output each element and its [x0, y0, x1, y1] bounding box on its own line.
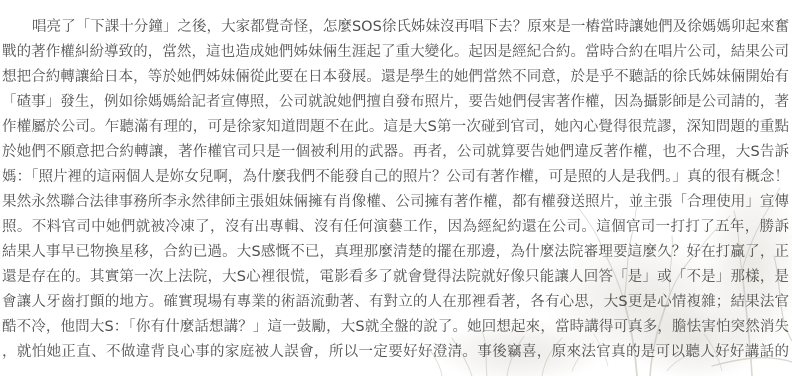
article-line: 唱亮了「下課十分鐘」之後，大家都覺奇怪，怎麼SOS徐氏姊妹沒再唱下去？原來是一樁…	[2, 15, 789, 40]
article-line: ，就怕她正直、不做違背良心事的家庭被人誤會，所以一定要好好澄清。事後竊喜，原來法…	[2, 340, 789, 365]
article-line: 還是存在的。其實第一次上法院，大S心裡很慌，電影看多了就會覺得法院就好像只能讓人…	[2, 265, 789, 290]
article-line: 會讓人牙齒打顫的地方。確實現場有專業的術語流動著、有對立的人在那裡看著，各有心思…	[2, 290, 789, 315]
article-line: 照。不料官司中她們就被冷凍了，沒有出專輯、沒有任何演藝工作，因為經紀約還在公司。…	[2, 215, 789, 240]
article-line: 作權屬於公司。乍聽滿有理的，可是徐家知道問題不在此。這是大S第一次碰到官司，她內…	[2, 115, 789, 140]
article-line: 戰的著作權糾紛導致的，當然，這也造成她們姊妹倆生涯起了重大變化。起因是經紀合約。…	[2, 40, 789, 65]
article-line: 果然永然聯合法律事務所李永然律師主張姐妹倆擁有肖像權、公司擁有著作權，都有權發送…	[2, 190, 789, 215]
article-line: 結果人事早已物換星移，合約已過。大S感慨不已，真理那麼清楚的擺在那邊，為什麼法院…	[2, 240, 789, 265]
article-line: 「碴事」發生，例如徐媽媽給記者宣傳照，公司就說她們擅自發布照片，要告她們侵害著作…	[2, 90, 789, 115]
article-text-block: 唱亮了「下課十分鐘」之後，大家都覺奇怪，怎麼SOS徐氏姊妹沒再唱下去？原來是一樁…	[0, 0, 792, 365]
article-line: 媽：「照片裡的這兩個人是妳女兒啊，為什麼我們不能發自己的照片？公司有著作權，可是…	[2, 165, 789, 190]
article-line: 想把合約轉讓給日本，等於她們姊妹倆從此要在日本發展。還是學生的她們當然不同意，於…	[2, 65, 789, 90]
article-line: 於她們不願意把合約轉讓，著作權官司只是一個被利用的武器。再者，公司就算要告她們違…	[2, 140, 789, 165]
article-line: 酷不冷，他問大S：「你有什麼話想講？」這一鼓勵，大S就全盤的說了。她回想起來，當…	[2, 315, 789, 340]
